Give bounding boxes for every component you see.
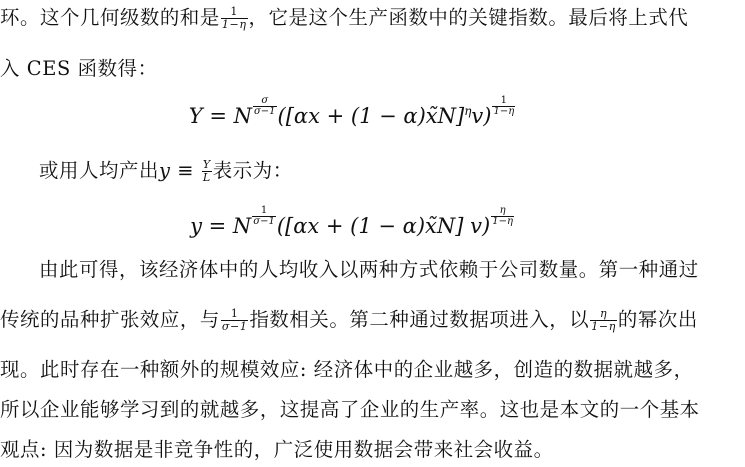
frac-den: L (202, 172, 212, 184)
text-segment: 传统的品种扩张效应，与 (0, 308, 220, 331)
frac-den: 1−η (590, 321, 617, 333)
paragraph-line-6: 由此可得，该经济体中的人均收入以两种方式依赖于公司数量。第一种通过 (0, 256, 745, 284)
text-segment: 现。此时存在一种额外的规模效应: 经济体中的企业越多，创造的数据就越多， (0, 358, 694, 381)
text-segment: ，它是这个生产函数中的关键指数。最后将上式代 (249, 6, 689, 29)
eq-exponent: 1σ−1 (251, 204, 277, 228)
eq-outer-exponent: η1−η (490, 204, 515, 228)
eq-body: ([αx + (1 − α)x̃N] (278, 104, 465, 128)
frac-den: σ−1 (253, 107, 277, 117)
equation-per-capita-y: y = N1σ−1([αx + (1 − α)x̃N] v)η1−η (0, 214, 745, 238)
frac-den: 1−η (491, 217, 514, 227)
text-segment: 入 CES 函数得： (0, 57, 158, 80)
frac-den: 1−η (492, 107, 515, 117)
eq-tail: v) (471, 104, 491, 128)
eq-body: ([αx + (1 − α)x̃N] v) (277, 214, 490, 238)
text-segment: 观点: 因为数据是非竞争性的，广泛使用数据会带来社会收益。 (0, 438, 554, 461)
paragraph-line-9: 所以企业能够学习到的就越多，这提高了企业的生产率。这也是本文的一个基本 (0, 396, 745, 424)
eq-exponent: σσ−1 (252, 94, 278, 118)
frac-den: σ−1 (252, 217, 276, 227)
frac-den: σ−1 (221, 321, 249, 333)
paragraph-line-1: 环。这个几何级数的和是11−η，它是这个生产函数中的关键指数。最后将上式代 (0, 4, 745, 32)
text-segment: 的幂次出 (618, 308, 698, 331)
text-segment: 或用人均产出 (39, 159, 159, 182)
eq-lhs: y = N (190, 214, 251, 238)
frac-num: 1 (221, 6, 248, 19)
fraction-eta-over-one-minus-eta: η1−η (590, 308, 617, 333)
equation-output-Y: Y = Nσσ−1([αx + (1 − α)x̃N]ηv)11−η (0, 104, 745, 128)
paragraph-line-7: 传统的品种扩张效应，与1σ−1指数相关。第二种通过数据项进入，以η1−η的幂次出 (0, 306, 745, 334)
paragraph-line-4: 或用人均产出y ≡ YL表示为： (0, 157, 745, 185)
eq-outer-exponent: 11−η (491, 94, 516, 118)
frac-den: 1−η (221, 19, 248, 31)
frac-num: 1 (221, 308, 249, 321)
paragraph-line-8: 现。此时存在一种额外的规模效应: 经济体中的企业越多，创造的数据就越多， (0, 356, 745, 384)
frac-num: η (590, 308, 617, 321)
eq-lhs: Y = N (189, 104, 252, 128)
text-segment: 环。这个几何级数的和是 (0, 6, 220, 29)
math-inline: y ≡ (159, 159, 201, 182)
text-segment: 由此可得，该经济体中的人均收入以两种方式依赖于公司数量。第一种通过 (39, 258, 699, 281)
paragraph-line-2: 入 CES 函数得： (0, 55, 745, 83)
text-segment: 指数相关。第二种通过数据项进入，以 (249, 308, 589, 331)
paragraph-line-10: 观点: 因为数据是非竞争性的，广泛使用数据会带来社会收益。 (0, 436, 745, 464)
text-segment: 所以企业能够学习到的就越多，这提高了企业的生产率。这也是本文的一个基本 (0, 398, 700, 421)
fraction-one-over-one-minus-eta: 11−η (221, 6, 248, 31)
fraction-Y-over-L: YL (202, 159, 212, 184)
fraction-one-over-sigma-minus-one: 1σ−1 (221, 308, 249, 333)
text-segment: 表示为： (213, 159, 293, 182)
frac-num: Y (202, 159, 212, 172)
